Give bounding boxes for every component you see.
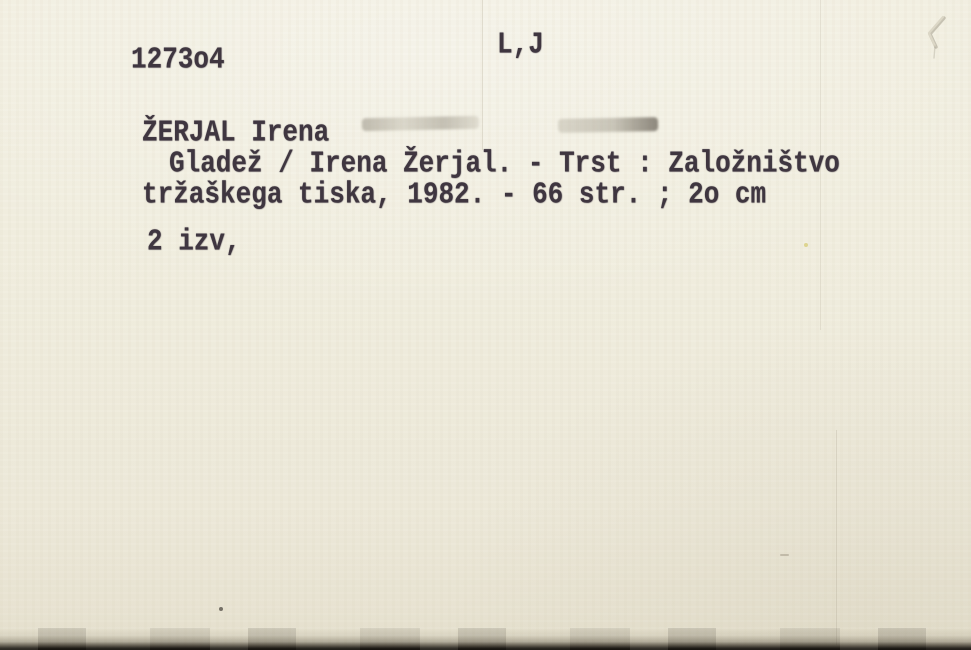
dust-speck	[804, 243, 808, 247]
paper-crease-line	[836, 430, 837, 645]
paper-crease-line	[482, 0, 483, 150]
dust-speck	[780, 554, 789, 556]
erased-text-smudge	[558, 117, 658, 133]
author-heading: ŽERJAL Irena	[142, 117, 329, 148]
dust-speck	[219, 607, 223, 611]
card-bottom-edge	[0, 628, 971, 650]
paper-texture	[0, 0, 971, 650]
catalog-card: 1273o4 L,J ŽERJAL Irena Gladež / Irena Ž…	[0, 0, 971, 650]
description-line-1: Gladež / Irena Žerjal. - Trst : Založniš…	[169, 148, 840, 179]
description-line-2: tržaškega tiska, 1982. - 66 str. ; 2o cm	[142, 179, 766, 210]
copies-note: 2 izv,	[147, 226, 241, 257]
erased-text-smudge	[362, 116, 479, 131]
call-number: 1273o4	[131, 44, 225, 75]
classification-mark: L,J	[497, 29, 544, 60]
crease-mark	[920, 10, 952, 66]
